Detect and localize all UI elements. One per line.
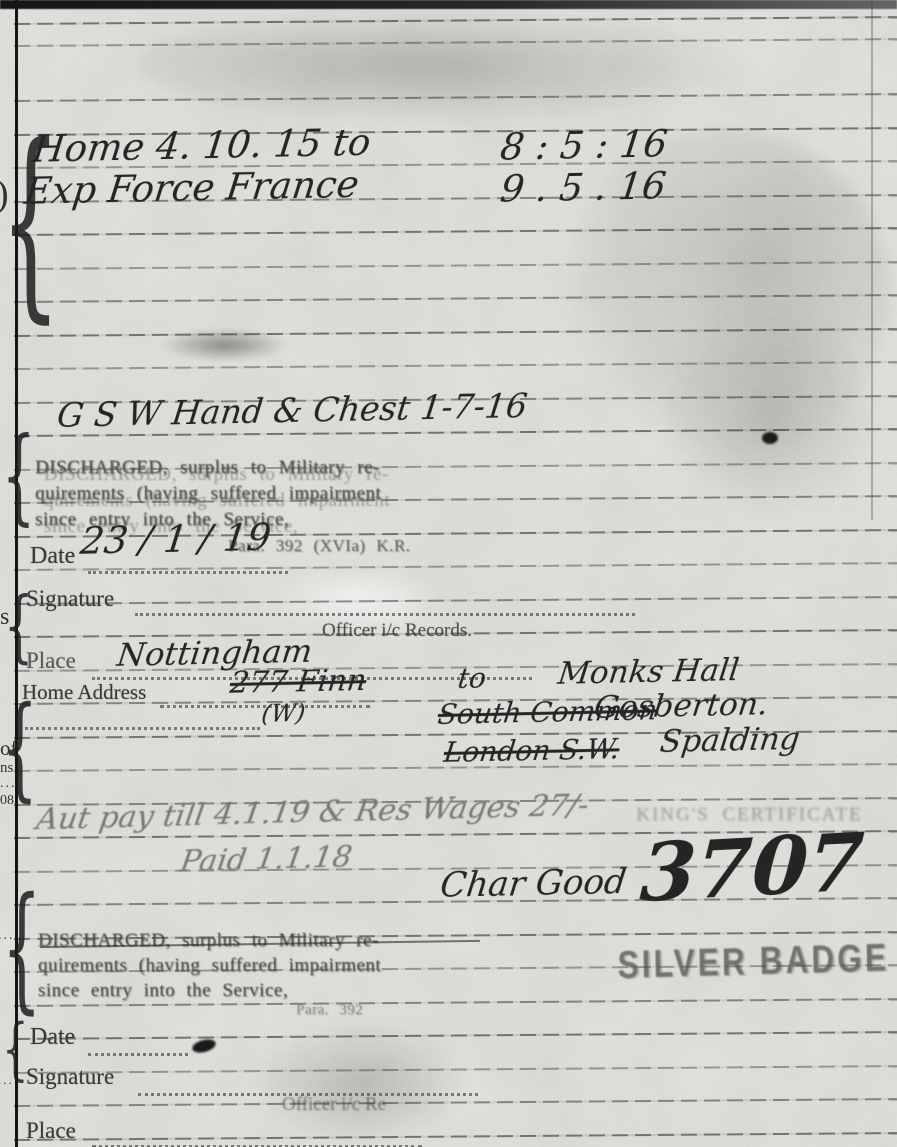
dotted-line (88, 570, 288, 574)
officer-ic-records-label: Officer i/c Records. (322, 620, 472, 642)
stain-right-mid (660, 300, 880, 520)
wound-entry: G S W Hand & Chest 1-7-16 (55, 386, 529, 435)
pay-note-2: Paid 1.1.18 (178, 840, 354, 879)
pay-note-1: Aut pay till 4.1.19 & Res Wages 27/- (34, 788, 591, 837)
address-crossed-out: 277 Finn (228, 663, 368, 701)
home-address-label: Home Address (22, 680, 146, 705)
service-entry-exp-force: Exp Force France (22, 163, 361, 213)
discharge-stamp-2: DISCHARGED, surplus to Military re- quir… (38, 928, 381, 1003)
margin-brace-icon: { (2, 880, 41, 1016)
character-note: Char Good (438, 862, 628, 906)
ruled-line (14, 596, 897, 605)
scanned-service-record-page: { ) { s { { of ns ... 08 { ... { ... Hom… (0, 0, 897, 1147)
margin-fragment: of (0, 736, 18, 761)
place-label: Place (26, 1118, 76, 1144)
signature-label: Signature (26, 1064, 114, 1090)
margin-fragment: ... (0, 776, 17, 792)
dotted-line (135, 612, 635, 616)
place-label: Place (26, 648, 76, 674)
service-entry-exp-force-date: 9 . 5 . 16 (498, 165, 668, 211)
dotted-line (25, 726, 260, 730)
date-value: 23 / 1 / 19 (78, 516, 273, 563)
address-line-2: Gosberton. (592, 686, 770, 726)
address-note: (W) (260, 699, 307, 728)
stamp-line: quirements (having suffered impairment (38, 953, 381, 978)
address-crossed-out: London S.W. (442, 732, 622, 769)
stamp-line: DISCHARGED, surplus to Military re- (35, 455, 381, 481)
officer-ic-records-label: Officer i/c Re (282, 1094, 386, 1116)
dotted-line (88, 1052, 188, 1056)
stamp-line: since entry into the Service, (38, 978, 381, 1003)
signature-label: Signature (26, 586, 114, 612)
right-margin-rule (871, 0, 873, 520)
margin-fragment: 08 (0, 793, 14, 809)
address-line-3: Spalding (658, 721, 802, 760)
margin-fragment: ... (0, 1072, 14, 1088)
ink-blotch (762, 432, 778, 444)
date-label: Date (30, 1024, 75, 1051)
service-entry-home-date: 8 : 5 : 16 (498, 123, 670, 169)
ink-blot (191, 1037, 217, 1055)
margin-brace-icon: { (2, 425, 35, 529)
margin-paren-icon: ) (0, 172, 9, 216)
margin-fragment: ... (0, 928, 15, 944)
para-ref-stamp: Para. 392 (296, 1002, 363, 1019)
stamp-line: DISCHARGED, surplus to Military re- (38, 928, 381, 953)
smudge-bottom (250, 1020, 470, 1147)
address-line-1: Monks Hall (556, 652, 741, 692)
ruled-line (14, 1031, 897, 1040)
ruled-line (14, 1132, 897, 1141)
margin-fragment: ns (0, 760, 13, 777)
top-edge-band (0, 0, 897, 9)
date-label: Date (30, 543, 75, 570)
stamp-line: quirements (having suffered impairment (35, 481, 381, 507)
silver-badge-stamp: SILVER BADGE (617, 935, 889, 988)
address-to: to (456, 661, 488, 695)
